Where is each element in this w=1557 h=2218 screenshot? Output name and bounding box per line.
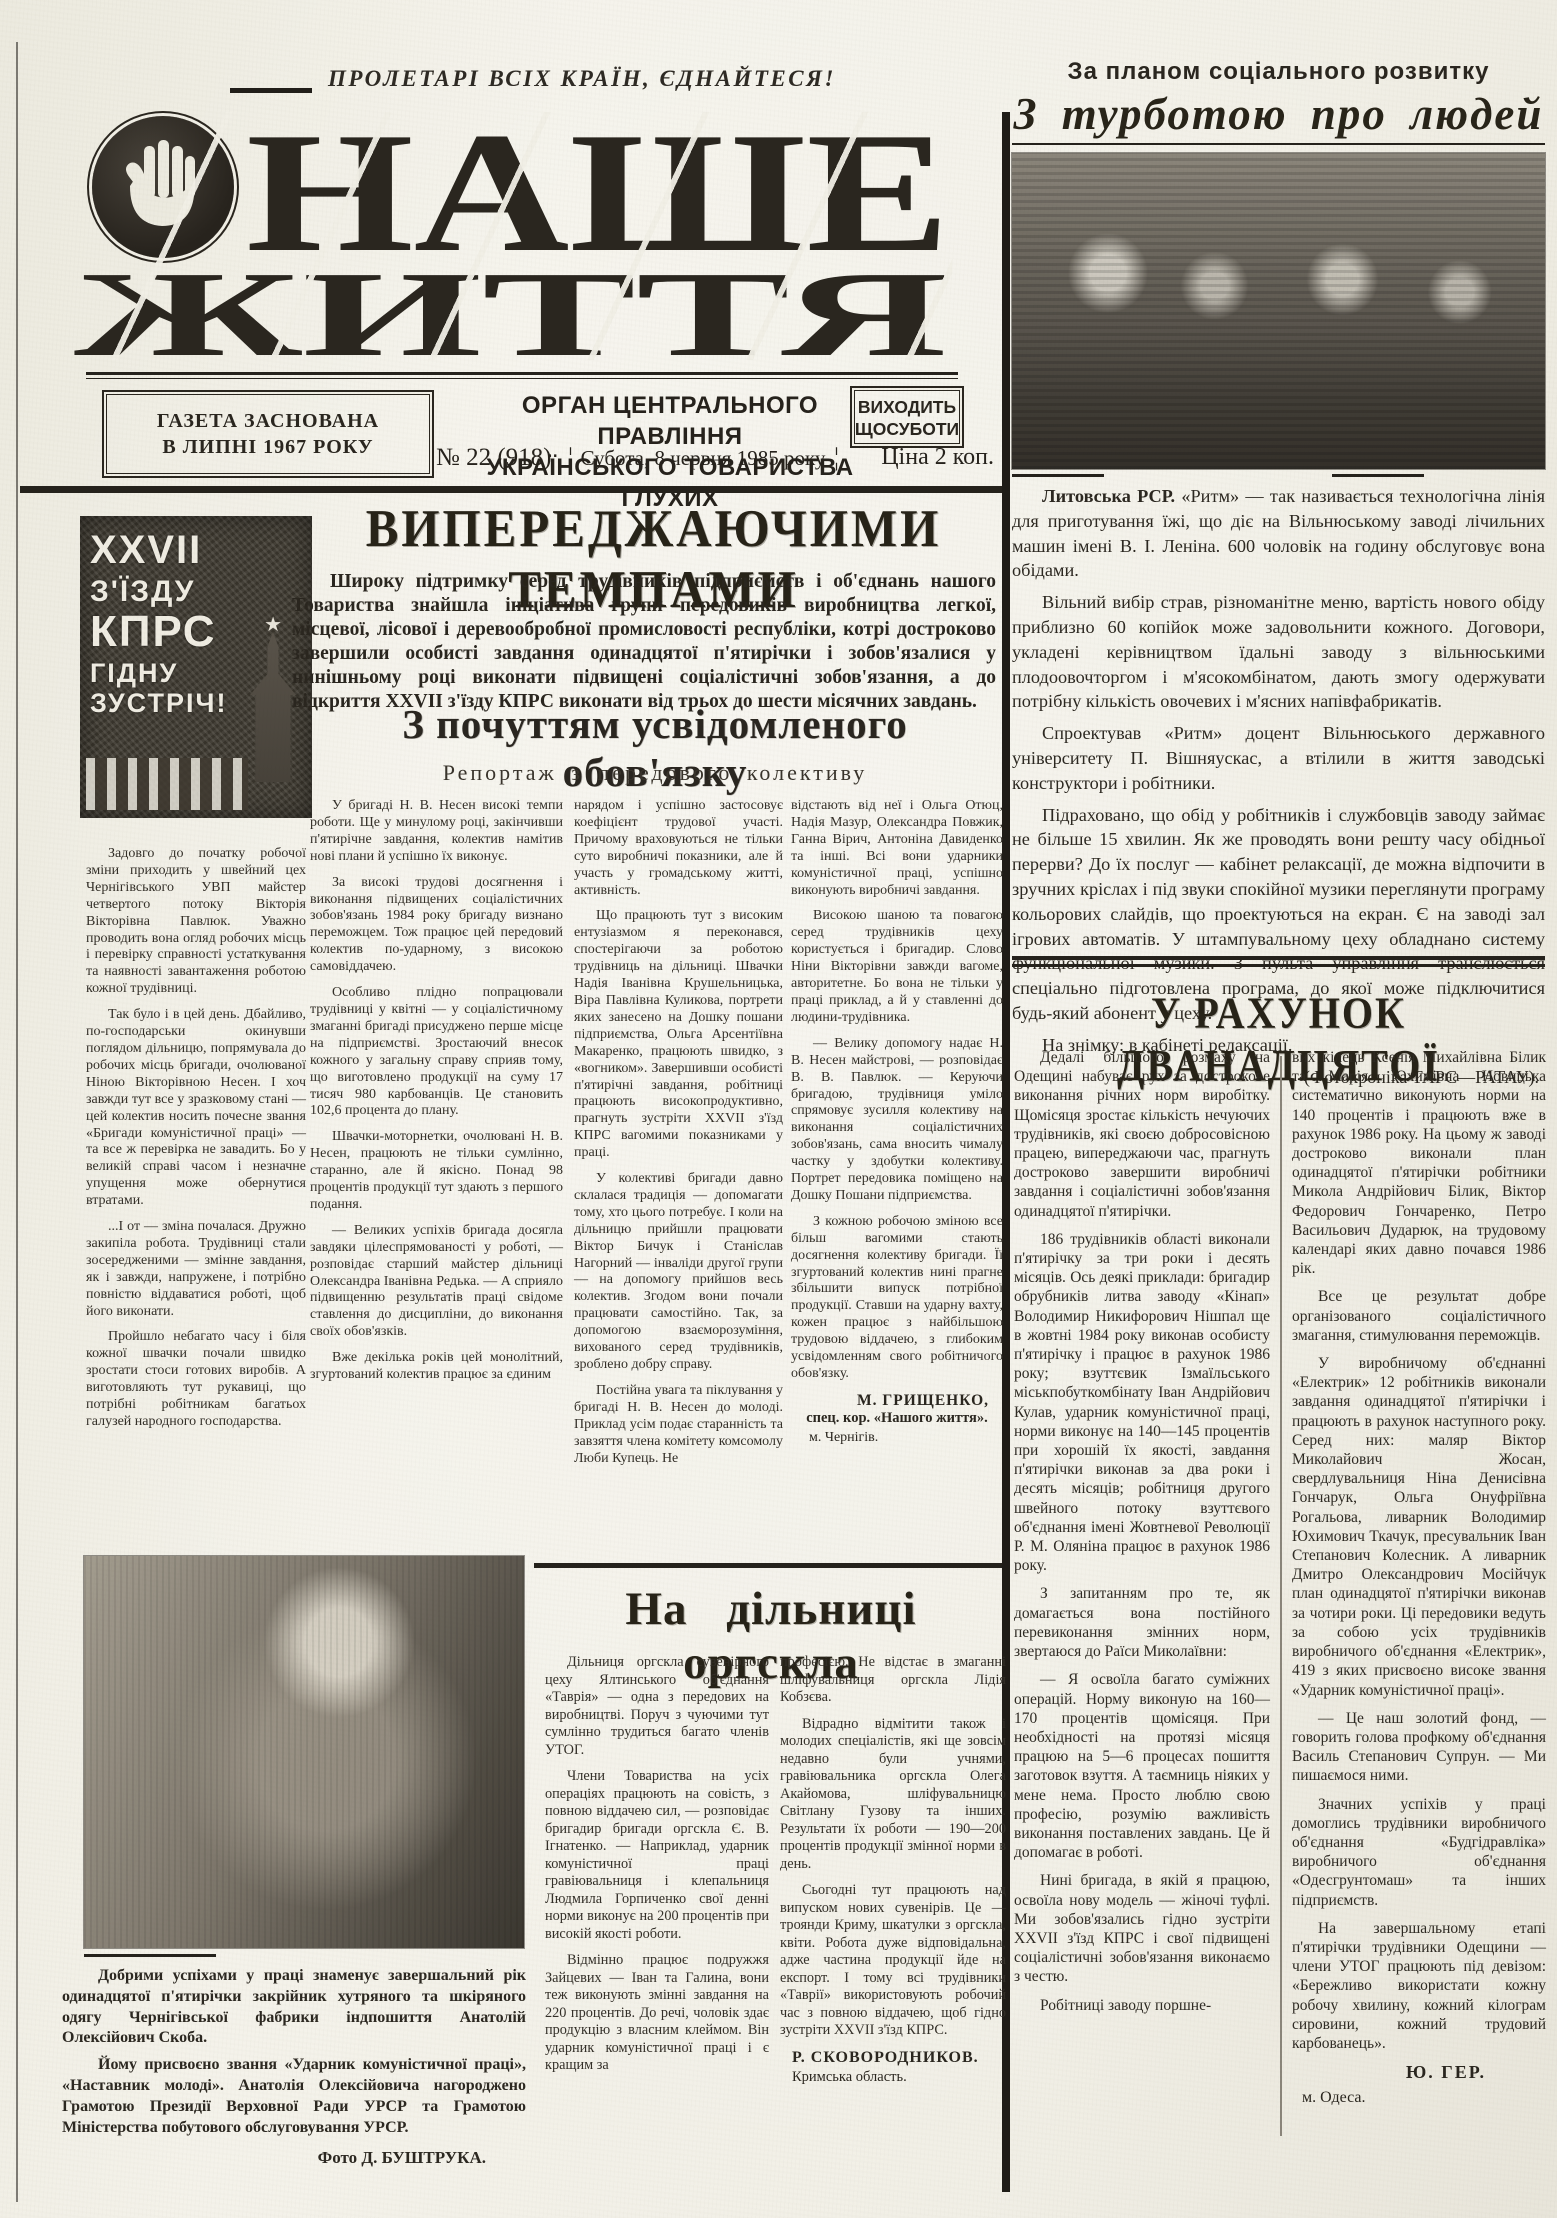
issue-separator-1: ¦ [568,444,573,472]
paragraph: Дедалі більшого розмаху на Одещині набув… [1014,1048,1270,1221]
account-signature-name: Ю. ГЕР. [1292,2062,1546,2083]
paragraph: Швачки-моторнетки, очолювані Н. В. Несен… [310,1129,563,1214]
slogan-dash [230,88,312,93]
issue-number: № 22 (918) [436,444,552,472]
deaf-society-hand-icon [92,116,234,258]
lead-article-intro: Широку підтримку серед трудівників підпр… [292,570,996,714]
logo-text-nashe: НАШЕ [246,110,950,262]
worker-portrait-photo [84,1556,524,1948]
reportage-subtitle: Репортаж з передового колективу [308,760,1002,786]
right-column-title-rule [1012,143,1545,145]
paragraph: — Велику допомогу надає Н. В. Несен майс… [791,1036,1003,1205]
paragraph: відстають від неї і Ольга Отюц, Надія Ма… [791,798,1003,899]
orgsklo-signature-place: Кримська область. [780,2069,1006,2086]
logo-line-nashe: НАШЕ [246,110,952,262]
paragraph: У виробничому об'єднанні «Електрик» 12 р… [1292,1354,1546,1700]
newspaper-page: ПРОЛЕТАРІ ВСІХ КРАЇН, ЄДНАЙТЕСЯ! НАШЕ ЖИ… [0,0,1557,2218]
masthead-double-rule-bottom [86,378,958,379]
account-double-rule-bottom [1012,964,1545,967]
paragraph: Дільниця оргскла сувенірного цеху Ялтинс… [545,1654,769,1759]
paragraph: професією. Не відстає в змаганні шліфува… [780,1654,1006,1707]
paragraph: На завершальному етапі п'ятирічки трудів… [1292,1919,1546,2053]
right-column-title: З турботою про людей [1012,88,1545,140]
paragraph: — Я освоїла багато суміжних операцій. Но… [1014,1670,1270,1862]
logo-text-zhyttia: ЖИТТЯ [74,258,948,362]
reportage-column-3: відстають від неї і Ольга Отюц, Надія Ма… [791,798,1003,1446]
paragraph: Нині бригада, в якій я працюю, освоїла н… [1014,1871,1270,1986]
schedule-line2: ЩОСУБОТИ [852,418,962,440]
reportage-column-3-text: відстають від неї і Ольга Отюц, Надія Ма… [791,798,1003,1383]
paragraph: Вільний вибір страв, різноманітне меню, … [1012,590,1545,714]
paragraph: Спроектував «Ритм» доцент Вільнюського д… [1012,721,1545,795]
congress-poster: XXVII З'ЇЗДУ КПРС ГІДНУ ЗУСТРІЧ! ★ [80,516,312,818]
paragraph: З запитанням про те, як домагається вона… [1014,1584,1270,1661]
account-column-a: Дедалі більшого розмаху на Одещині набув… [1014,1048,1270,2024]
paragraph: Так було і в цей день. Дбайливо, по-госп… [86,1007,306,1210]
paragraph: ...І от — зміна почалася. Дружно закипіл… [86,1219,306,1320]
photo-caption-paragraph-2: Йому присвоєно звання «Ударник комуністи… [62,2055,526,2138]
paragraph: Задовго до початку робочої зміни приходи… [86,846,306,998]
photo-caption: Добрими успіхами у праці знаменує заверш… [62,1966,526,2169]
founded-box: ГАЗЕТА ЗАСНОВАНА В ЛИПНІ 1967 РОКУ [102,390,434,478]
paragraph: 186 трудівників області виконали п'ятирі… [1014,1230,1270,1576]
paragraph: Особливо плідно попрацювали трудівниці у… [310,985,563,1120]
account-double-rule-top [1012,956,1545,960]
orgsklo-top-rule [534,1563,1002,1568]
hand-glyph [92,116,234,258]
reportage-signature-role: спец. кор. «Нашого життя». [791,1410,1003,1427]
schedule-line1: ВИХОДИТЬ [852,396,962,418]
reportage-column-2: нарядом і успішно застосовує коефіцієнт … [574,798,783,1476]
reportage-signature-place: м. Чернігів. [791,1430,1003,1446]
organ-line1: ОРГАН ЦЕНТРАЛЬНОГО ПРАВЛІННЯ [452,390,888,452]
paragraph: Високою шаною та повагою серед трудівник… [791,908,1003,1026]
relaxation-room-photo [1012,153,1545,469]
paragraph: За високі трудові досягнення і виконання… [310,875,563,976]
account-signature-place: м. Одеса. [1292,2089,1546,2107]
paragraph: — Великих успіхів бригада досягла завдяк… [310,1223,563,1341]
paragraph: Все це результат добре організованого со… [1292,1287,1546,1345]
orgsklo-column-2-text: професією. Не відстає в змаганні шліфува… [780,1654,1006,2040]
logo-line-zhyttia: ЖИТТЯ [74,258,952,362]
photo-credit: Фото Д. БУШТРУКА. [62,2148,526,2169]
paragraph: Робітниці заводу поршне- [1014,1996,1270,2015]
paragraph: — Це наш золотий фонд, — говорить голова… [1292,1709,1546,1786]
right-column-lead-paragraph: Литовська РСР. «Ритм» — так називається … [1012,484,1545,583]
paragraph: Постійна увага та піклування у бригаді Н… [574,1383,783,1468]
paragraph: вих кілець Ксенія Михайлівна Білик та Ма… [1292,1048,1546,1278]
paragraph: Відрадно відмітити також і молодих спеці… [780,1716,1006,1874]
paragraph: У колективі бригади давно склалася тради… [574,1171,783,1374]
paragraph: Відмінно працює подружжя Зайцевих — Іван… [545,1952,769,2075]
masthead-thick-rule [20,486,1002,493]
photo-bottom-rule-left [1012,474,1104,477]
account-column-b: вих кілець Ксенія Михайлівна Білик та Ма… [1292,1048,1546,2107]
founded-line2: В ЛИПНІ 1967 РОКУ [104,434,432,460]
paragraph: нарядом і успішно застосовує коефіцієнт … [574,798,783,899]
right-column-kicker: За планом соціального розвитку [1012,58,1545,86]
orgsklo-signature-name: Р. СКОВОРОДНИКОВ. [780,2049,1006,2067]
poster-line-1: XXVII [90,530,302,572]
issue-price: Ціна 2 коп. [846,444,994,471]
account-column-b-text: вих кілець Ксенія Михайлівна Білик та Ма… [1292,1048,1546,2053]
poster-banner-stripes [86,758,248,810]
schedule-box: ВИХОДИТЬ ЩОСУБОТИ [850,386,964,448]
paragraph: Сьогодні тут працюють над випуском нових… [780,1882,1006,2040]
issue-date: Субота, 8 червня 1985 року [580,446,826,471]
paragraph: Члени Товариства на усіх операціях працю… [545,1768,769,1943]
paragraph: Пройшло небагато часу і біля кожної швач… [86,1329,306,1430]
photo-bottom-rule-right [1332,474,1424,477]
paragraph: Вже декілька років цей монолітний, згурт… [310,1350,563,1384]
photo-caption-paragraph-1: Добрими успіхами у праці знаменує заверш… [62,1966,526,2049]
orgsklo-column-1: Дільниця оргскла сувенірного цеху Ялтинс… [545,1654,769,2084]
left-column-story: Задовго до початку робочої зміни приходи… [86,846,306,1440]
paragraph: У бригаді Н. В. Несен високі темпи робот… [310,798,563,866]
account-columns-divider [1280,1056,1282,2136]
issue-separator-2: ¦ [834,444,839,472]
paragraph: Значних успіхів у праці домоглись трудів… [1292,1795,1546,1910]
page-left-edge-line [16,42,18,2202]
poster-line-2: З'ЇЗДУ [90,576,302,607]
reportage-column-1: У бригаді Н. В. Несен високі темпи робот… [310,798,563,1393]
right-column-lead: Литовська РСР. [1042,486,1175,506]
photo-underline-rule [84,1954,216,1957]
lead-intro-paragraph: Широку підтримку серед трудівників підпр… [292,570,996,714]
masthead-slogan: ПРОЛЕТАРІ ВСІХ КРАЇН, ЄДНАЙТЕСЯ! [328,66,836,92]
masthead-double-rule-top [86,372,958,375]
paragraph: З кожною робочою зміною все більш вагоми… [791,1214,1003,1383]
paragraph: Що працюють тут з високим ентузіазмом я … [574,908,783,1162]
reportage-signature-name: М. ГРИЩЕНКО, [791,1392,1003,1410]
founded-line1: ГАЗЕТА ЗАСНОВАНА [104,408,432,434]
orgsklo-column-2: професією. Не відстає в змаганні шліфува… [780,1654,1006,2086]
